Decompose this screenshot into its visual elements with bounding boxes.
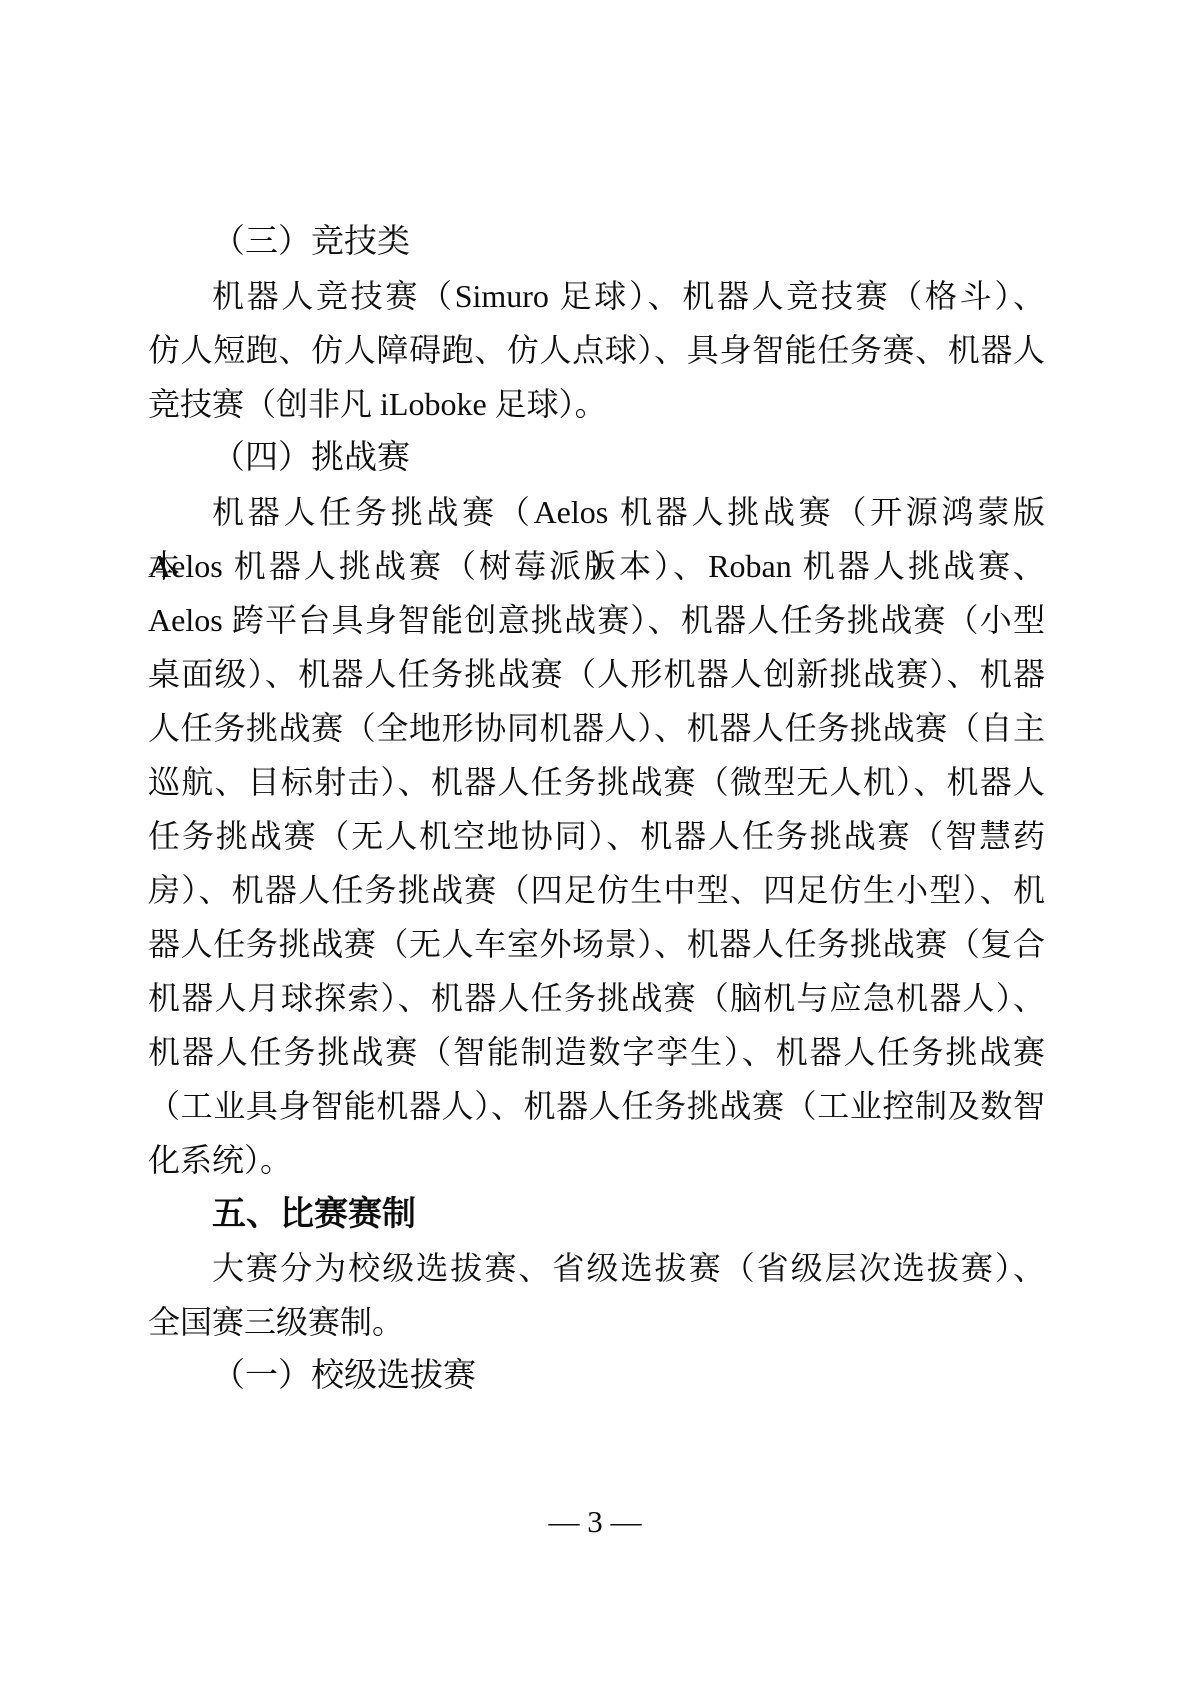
paragraph-line: 巡航、目标射击）、机器人任务挑战赛（微型无人机）、机器人 [148, 755, 1045, 809]
subsection-heading: （三）竞技类 [148, 215, 1045, 269]
page-number: — 3 — [0, 1500, 1190, 1544]
paragraph-line: 机器人任务挑战赛（智能制造数字孪生）、机器人任务挑战赛 [148, 1025, 1045, 1079]
subsection-heading: （四）挑战赛 [148, 431, 1045, 485]
document-body: （三）竞技类 机器人竞技赛（Simuro 足球）、机器人竞技赛（格斗）、 仿人短… [148, 215, 1045, 1403]
paragraph-line: （工业具身智能机器人）、机器人任务挑战赛（工业控制及数智 [148, 1079, 1045, 1133]
paragraph-line: 任务挑战赛（无人机空地协同）、机器人任务挑战赛（智慧药 [148, 809, 1045, 863]
paragraph-line: 仿人短跑、仿人障碍跑、仿人点球）、具身智能任务赛、机器人 [148, 323, 1045, 377]
paragraph-line: 机器人任务挑战赛（Aelos 机器人挑战赛（开源鸿蒙版本）、 [148, 485, 1045, 539]
paragraph-line: Aelos 跨平台具身智能创意挑战赛）、机器人任务挑战赛（小型 [148, 593, 1045, 647]
paragraph-line: 全国赛三级赛制。 [148, 1295, 1045, 1349]
paragraph-line: 竞技赛（创非凡 iLoboke 足球）。 [148, 377, 1045, 431]
section-heading: 五、比赛赛制 [148, 1187, 1045, 1241]
paragraph-line: 机器人竞技赛（Simuro 足球）、机器人竞技赛（格斗）、 [148, 269, 1045, 323]
paragraph-line: 大赛分为校级选拔赛、省级选拔赛（省级层次选拔赛）、 [148, 1241, 1045, 1295]
paragraph-line: Aelos 机器人挑战赛（树莓派版本）、Roban 机器人挑战赛、 [148, 539, 1045, 593]
paragraph-line: 桌面级）、机器人任务挑战赛（人形机器人创新挑战赛）、机器 [148, 647, 1045, 701]
subsection-heading: （一）校级选拔赛 [148, 1349, 1045, 1403]
paragraph-line: 房）、机器人任务挑战赛（四足仿生中型、四足仿生小型）、机 [148, 863, 1045, 917]
paragraph-line: 机器人月球探索）、机器人任务挑战赛（脑机与应急机器人）、 [148, 971, 1045, 1025]
paragraph-line: 化系统）。 [148, 1133, 1045, 1187]
paragraph-line: 人任务挑战赛（全地形协同机器人）、机器人任务挑战赛（自主 [148, 701, 1045, 755]
document-page: （三）竞技类 机器人竞技赛（Simuro 足球）、机器人竞技赛（格斗）、 仿人短… [0, 0, 1190, 1683]
paragraph-line: 器人任务挑战赛（无人车室外场景）、机器人任务挑战赛（复合 [148, 917, 1045, 971]
